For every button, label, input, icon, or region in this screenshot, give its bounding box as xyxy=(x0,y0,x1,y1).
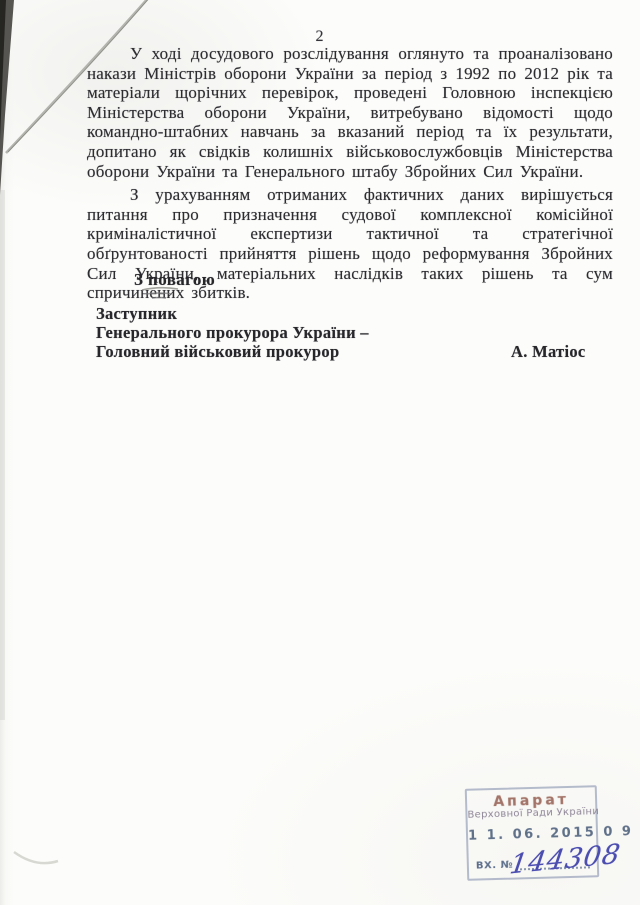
left-edge-shading xyxy=(0,190,5,720)
incoming-registration-stamp: Апарат Верховної Ради України 1 1. 06. 2… xyxy=(465,785,600,881)
stamp-org-line2: Верховної Ради України xyxy=(467,806,595,821)
signer-title-line-1: Заступник xyxy=(96,304,369,323)
handwritten-incoming-number: 144308 xyxy=(508,839,623,881)
scanned-document-page: { "page": { "number": "2" }, "paragraphs… xyxy=(0,0,640,905)
scanner-edge-dark-core xyxy=(0,0,6,140)
stamp-incoming-label: ВХ. № xyxy=(476,860,513,872)
faint-smudge-mark xyxy=(14,852,58,863)
paragraph-investigation: У ході досудового розслідування оглянуто… xyxy=(87,44,613,181)
document-body: У ході досудового розслідування оглянуто… xyxy=(87,44,613,307)
signer-title-line-3: Головний військовий прокурор xyxy=(96,342,369,361)
stamp-datetime: 1 1. 06. 2015 0 9 4 3 xyxy=(468,825,596,844)
signer-title-line-2: Генерального прокурора України – xyxy=(96,323,369,342)
signer-title-block: Заступник Генерального прокурора України… xyxy=(96,304,369,361)
signer-name: А. Матіос xyxy=(511,342,586,362)
closing-salutation: З повагою xyxy=(134,270,215,290)
